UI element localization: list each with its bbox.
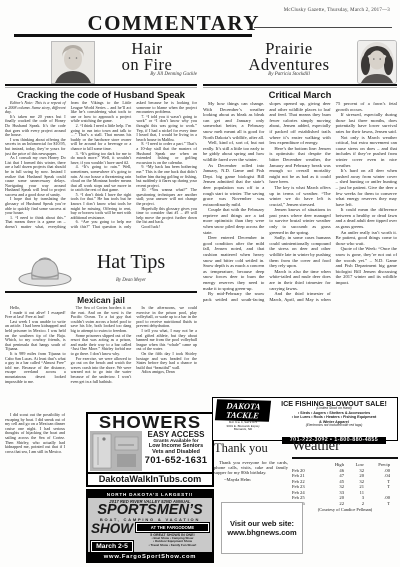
divider-rule — [5, 84, 197, 88]
weather-cell: T — [364, 501, 390, 507]
showers-ad-text: EASY ACCESS Grants Available for Low Inc… — [142, 431, 210, 466]
website-promo-box: Visit our web site: www.bhgnews.com — [221, 502, 303, 554]
showers-ad: SHOWERS EASY ACCESS Grants Available for… — [86, 412, 214, 487]
column-title-line2: on Fire — [97, 57, 197, 73]
columnist-photo-jill — [51, 41, 95, 84]
text-line: 8. “I need to order a part.” That’s a 10… — [136, 142, 197, 165]
text-line: Adios amigos, Dean — [136, 370, 197, 375]
dakota-tackle-logo: DAKOTA TACKLE — [215, 399, 271, 421]
text-line: In the afternoons, we could exercise in … — [136, 306, 197, 329]
sportsmen-venue: AT THE FARGODOME — [136, 523, 209, 532]
weather-box: Weather High Low Precip Feb 204632.00Feb… — [292, 438, 398, 512]
text-line: On the fifth day I took Shirley hostage … — [136, 352, 197, 370]
masthead-rule-thick — [14, 34, 252, 37]
text-line: Good luck! — [136, 225, 197, 230]
sportsmen-dates-badge: March 2-5 — [91, 541, 133, 552]
text-line: It is 989 miles from Tijuana to Cabo San… — [5, 352, 66, 384]
sportsmen-show-list: • Boat Show • Camping Show• Outdoor Equi… — [136, 537, 209, 548]
showers-ad-phone: 701-652-1631 — [142, 456, 210, 466]
woman-portrait-icon — [358, 41, 396, 83]
text-line: Couple that with the February reprieve a… — [203, 207, 264, 235]
sportsmens-show-ad: NORTH DAKOTA’S LARGEST!! 2017 RED RIVER … — [86, 489, 214, 563]
text-line: I was thinking about offering the secret… — [5, 138, 66, 156]
sportsmen-venue-block: AT THE FARGODOME 5 GREAT SHOWS IN ONE! •… — [136, 523, 209, 553]
weather-table: High Low Precip Feb 204632.00Feb 214720.… — [292, 462, 398, 506]
article-paragraphs: It’s taken me 20 years but I finally cra… — [5, 101, 197, 230]
text-line: Here’s the bottom line: Jensen is optimi… — [269, 146, 330, 185]
text-line: Quote of the Week: “Once the snow is gon… — [336, 246, 397, 285]
text-line: The key is what March offers up in terms… — [269, 185, 330, 207]
text-line: Well, kind of, sort of, but not really. … — [203, 140, 264, 162]
text-line: I tell you what, I may not be a real gif… — [136, 329, 197, 352]
columnist-photo-patricia — [357, 40, 397, 84]
thank-you-title: Thank you — [214, 441, 288, 456]
text-line: As I consult my own Honey Do List that I… — [5, 156, 66, 197]
text-line: 9. “My back has been bothering me.” This… — [136, 165, 197, 188]
prairie-adventures-masthead: Prairie Adventures By Patricia Stockdill — [203, 40, 397, 84]
article-paragraphs: Hello,I made it out alive! I escaped! Fr… — [5, 306, 197, 384]
sportsmen-show-row: SHOW March 2-5 AT THE FARGODOME 5 GREAT … — [88, 523, 212, 553]
article-paragraphs: I did scout out the possibility of escap… — [5, 413, 65, 454]
showers-ad-middle: EASY ACCESS Grants Available for Low Inc… — [88, 431, 212, 471]
weather-cell: 22 — [322, 501, 344, 507]
text-line: • Travel Show • Family Fun Show! — [136, 544, 209, 548]
sale-item-list: • Sleds • Augers • Shelters & Accessorie… — [271, 411, 397, 424]
article-headline-critical-march: Critical March — [203, 90, 397, 101]
text-line: Last week I was unable to write an artic… — [5, 320, 66, 352]
text-line: As December rolled into January, N.D. Ga… — [203, 163, 264, 208]
showers-ad-website: DakotaWalkInTubs.com — [88, 472, 212, 484]
text-line: 5. “I don’t think I have the right tools… — [71, 193, 132, 221]
text-line: The Sea of Cortez borders it on the east… — [71, 306, 132, 334]
website-promo-url: www.bhgnews.com — [222, 528, 302, 537]
article-headline-husband-speak: Cracking the code of Husband Speak — [5, 90, 197, 101]
article-body-husband-speak: Editor’s Note: This is a repeat of a 200… — [5, 101, 197, 257]
text-line: 10. “You wanna what?” The questioning te… — [136, 188, 197, 206]
text-line: An antler really isn’t worth it. Be pati… — [336, 230, 397, 247]
dakota-tackle-ad: DAKOTA TACKLE M-F 9 to 9, Sat 9 to 53001… — [212, 397, 398, 441]
article-body-mexican-jail-continued: I did scout out the possibility of escap… — [5, 413, 65, 491]
sportsmen-show-word: SHOW — [91, 523, 133, 535]
text-line: March is also the time when white-tailed… — [269, 269, 330, 291]
article-body-critical-march: My how things can change. With December’… — [203, 101, 397, 395]
text-line: Bismarck, ND — [216, 428, 270, 432]
text-line: It could mean the difference between a h… — [336, 207, 397, 229]
sale-exclusion-note: (Electronics not included with red tags) — [271, 424, 397, 428]
hat-tips-title: Hat Tips — [73, 251, 189, 273]
hat-tips-masthead: Hat Tips By Dean Meyer — [5, 251, 197, 291]
text-line: Jensen knows of situations in past years… — [269, 207, 330, 235]
walk-in-shower-icon — [90, 431, 142, 471]
text-line: 4. “It’s going to rain.” Well, sometimes… — [71, 165, 132, 193]
column-title-line2: Adventures — [225, 57, 353, 73]
text-line: Sadly, in some cases humans could uninte… — [269, 235, 330, 269]
weather-credit: (Courtesy of Candice Pellman) — [292, 507, 398, 512]
text-line: It’s taken me 20 years but I finally cra… — [5, 115, 66, 138]
dakota-tackle-text: ICE FISHING BLOWOUT SALE! (Limited Stock… — [271, 398, 397, 440]
weather-rows: Feb 204632.00Feb 214720.04Feb 224532TFeb… — [292, 468, 398, 507]
text-line: Some prisoners slipped out of the resort… — [71, 334, 132, 357]
sportsmen-website: www.FargoSportShow.com — [88, 552, 212, 561]
sportsmen-banner: NORTH DAKOTA’S LARGEST!! — [88, 491, 212, 498]
column-title-block: Prairie Adventures By Patricia Stockdill — [225, 41, 353, 77]
text-line: Deer entered December in good condition … — [203, 235, 264, 291]
dakota-tackle-address: M-F 9 to 9, Sat 9 to 53001 E. Bismarck E… — [216, 421, 270, 432]
text-line: My how things can change. With December’… — [203, 101, 264, 140]
article-body-mexican-jail: Hello,I made it out alive! I escaped! Fr… — [5, 306, 197, 410]
thank-you-signature: ~Mayda Helm — [214, 477, 288, 482]
website-promo-line: Visit our web site: — [222, 519, 302, 528]
article-headline-mexican-jail: Mexican jail — [5, 295, 197, 305]
editors-note: Editor’s Note: This is a repeat of a 200… — [5, 101, 66, 115]
text-line: 3. “It’s getting too dark for me to do m… — [71, 152, 132, 166]
section-masthead: COMMENTARY — [0, 12, 260, 34]
masthead-rule-thin — [254, 27, 392, 28]
shower-photo — [90, 431, 142, 471]
text-line: It’s hard on all deer when pushed away f… — [336, 168, 397, 207]
thank-you-notice: Thank you Thank you everyone for the car… — [214, 441, 288, 482]
text-line: I did scout out the possibility of escap… — [5, 413, 65, 454]
text-line: Hopefully this glossary gives you time t… — [136, 207, 197, 225]
divider-rule — [203, 84, 397, 88]
woman-portrait-icon — [52, 42, 94, 83]
dakota-tackle-logo-block: DAKOTA TACKLE M-F 9 to 9, Sat 9 to 53001… — [213, 398, 271, 440]
logo-line2: TACKLE — [215, 410, 270, 420]
column-byline: By Patricia Stockdill — [225, 72, 353, 77]
column-title-block: Hair on Fire By Jill Denning Gackle — [97, 41, 197, 77]
cowboy-hat-icon — [17, 254, 73, 292]
newspaper-page: McClusky Gazette, Thursday, March 2, 201… — [0, 0, 400, 567]
divider-rule — [5, 291, 197, 293]
text-line: I hope that by translating the glossary … — [5, 197, 66, 215]
text-line: If stressed, especially during those las… — [336, 112, 397, 134]
weather-row: Feb 26222T — [292, 501, 398, 507]
text-line: 2. “I think I need a little help. I’m go… — [71, 124, 132, 152]
text-line: For exercise, we were allowed to go out … — [71, 357, 132, 385]
sportsmen-name: SPORTSMEN’S — [88, 504, 212, 517]
hat-tips-byline: By Dean Meyer — [73, 278, 189, 283]
article-paragraphs: My how things can change. With December’… — [203, 101, 397, 302]
weather-title: Weather — [292, 438, 398, 459]
text-line: 7. “I told you it wasn’t going to work” … — [136, 115, 197, 143]
hair-on-fire-masthead: Hair on Fire By Jill Denning Gackle — [5, 40, 197, 84]
showers-ad-title: SHOWERS — [85, 414, 215, 431]
thank-you-body: Thank you everyone for the cards, phone … — [214, 460, 288, 476]
text-line: Not only is March weather critical, but … — [336, 135, 397, 169]
page-dateline: McClusky Gazette, Thursday, March 2, 201… — [284, 8, 390, 13]
sportsmen-show-block: SHOW March 2-5 — [91, 523, 133, 553]
weather-cell: 2 — [344, 501, 364, 507]
